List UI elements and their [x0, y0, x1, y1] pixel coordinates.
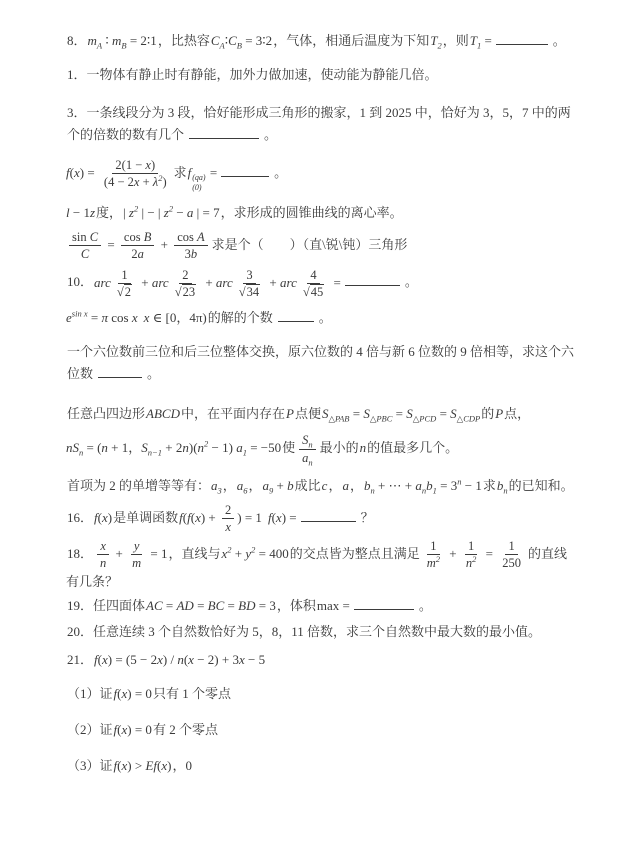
subscript: n−1 [148, 448, 162, 458]
math-run: ) [151, 158, 155, 172]
math-run: Ef [145, 758, 157, 773]
math-run: = [330, 274, 341, 289]
subscript: 3 [218, 486, 222, 496]
math-run: cos [124, 230, 144, 244]
math-run: B [144, 230, 152, 244]
sup-sub-stack: (qa)(0) [192, 173, 205, 191]
math-run: = [392, 406, 406, 421]
text-run: 1．一物体有静止时有静能，加外力做加速，使动能为静能几倍。 [67, 67, 438, 82]
fraction: cos A3b [174, 230, 207, 262]
math-run: (4 − 2 [104, 175, 134, 189]
math-run: = 3∶2 [242, 33, 272, 48]
answer-blank [345, 271, 400, 286]
subscript: n [503, 486, 507, 496]
math-run: BD [238, 598, 255, 613]
superscript: sin x [72, 309, 88, 319]
math-run: + 2 [162, 440, 182, 455]
subscript: n [308, 457, 312, 467]
math-run: = 3 [437, 478, 457, 493]
math-run: cos [108, 310, 132, 325]
math-run: + [202, 274, 216, 289]
text-run: 使 [282, 440, 295, 455]
text-run: ， [223, 478, 236, 493]
problem-line: l − 1z度，| z2 | − | z2 − a | = 7，求形成的圆锥曲线… [66, 202, 577, 224]
math-run: A [197, 230, 205, 244]
math-run: x [132, 310, 138, 325]
text-run: 点便 [295, 406, 321, 421]
math-run: c [322, 478, 328, 493]
math-run: = [436, 406, 450, 421]
math-run: + [446, 546, 460, 561]
text-run: 3．一条线段分为 3 段，恰好能形成三角形的搬家，1 到 2025 中，恰好为 … [67, 105, 571, 120]
math-run: 1 [468, 539, 474, 553]
text-run: 位数 [67, 366, 93, 381]
subscript: △PAB [328, 414, 349, 424]
math-run: m [88, 33, 97, 48]
text-run: 的值最多几个。 [367, 440, 458, 455]
text-run: 8． [67, 33, 87, 48]
subscript: △PBC [370, 414, 393, 424]
text-run: ， [249, 478, 262, 493]
text-run: 个的倍数的数有几个 [67, 127, 184, 142]
problem-line: 1．一物体有静止时有静能，加外力做加速，使动能为静能几倍。 [66, 64, 577, 86]
math-run: + 1， [108, 440, 141, 455]
math-run: = [88, 310, 102, 325]
problem-line: 19．任四面体AC = AD = BC = BD = 3，体积max =。 [66, 595, 577, 617]
math-run: ∶ [102, 33, 112, 48]
math-run: = [482, 546, 496, 561]
answer-blank [496, 30, 548, 45]
text-run: 首项为 2 的单增等等有： [67, 478, 210, 493]
math-run: + ⋯ + [375, 478, 416, 493]
problem-line: sin CC = cos B2a + cos A3b求是个（ ）（直\锐\钝）三… [66, 230, 577, 262]
problem-line: nSn = (n + 1，Sn−1 + 2n)(n2 − 1) a1 = −50… [66, 433, 577, 465]
fraction: sin CC [69, 230, 101, 262]
text-run: ， [350, 478, 363, 493]
text-run: 的交点皆为整点且满足 [290, 546, 420, 561]
math-run: P [286, 406, 294, 421]
problem-line: 3．一条线段分为 3 段，恰好能形成三角形的搬家，1 到 2025 中，恰好为 … [66, 102, 577, 124]
text-run: ，直线与 [168, 546, 220, 561]
math-run: 4 [310, 268, 316, 282]
text-run: 。 [274, 165, 287, 180]
math-run: 3 [246, 268, 252, 282]
problem-line: 一个六位数前三位和后三位整体交换，原六位数的 4 倍与新 6 位数的 9 倍相等… [66, 341, 577, 363]
math-run: | = 7 [193, 205, 219, 220]
text-run: 求 [174, 165, 187, 180]
math-run: + [112, 546, 126, 561]
text-run: 成比 [295, 478, 321, 493]
problem-line: esin x = π cos xx ∈ [0，4π)的解的个数。 [66, 307, 577, 329]
math-run: 2 [182, 268, 188, 282]
math-run: − [173, 205, 187, 220]
text-run: 。 [147, 366, 160, 381]
sqrt-radical: √45 [303, 284, 324, 299]
math-run: ) = 0 [127, 686, 152, 701]
math-run: = [207, 165, 218, 180]
math-run: 250 [502, 556, 521, 570]
math-run: 1 [121, 268, 127, 282]
answer-blank [301, 507, 356, 522]
problem-line: 个的倍数的数有几个。 [66, 124, 577, 146]
problem-line: （3）证f(x) > Ef(x)，0 [66, 755, 577, 777]
sqrt-radical: √34 [239, 284, 260, 299]
math-run: y [134, 539, 140, 553]
subscript: △PCD [413, 414, 437, 424]
problem-line: 位数。 [66, 363, 577, 385]
problem-line: 20．任意连续 3 个自然数恰好为 5，8，11 倍数，求三个自然数中最大数的最… [66, 621, 577, 643]
math-run: C [228, 33, 237, 48]
math-run: = 1 [147, 546, 167, 561]
text-run: （3）证 [67, 758, 113, 773]
fraction: ym [129, 539, 144, 571]
fraction: 1n2 [463, 539, 480, 571]
text-run: 19．任四面体 [67, 598, 145, 613]
fraction: 4√45 [300, 268, 327, 300]
text-run: ，求形成的圆锥曲线的离心率。 [221, 205, 403, 220]
math-run: arc [152, 274, 169, 289]
fraction: 3√34 [236, 268, 263, 300]
math-run: T [470, 33, 477, 48]
math-run: x [225, 520, 231, 534]
text-run: 。 [419, 598, 432, 613]
math-run: + [138, 274, 152, 289]
text-run: 18． [67, 546, 93, 561]
text-run: 。 [405, 274, 418, 289]
math-run: m [427, 556, 436, 570]
problem-line: （1）证f(x) = 0只有 1 个零点 [66, 683, 577, 705]
text-run: ，0 [172, 758, 192, 773]
fraction: 1m2 [424, 539, 443, 571]
math-run: BC [208, 598, 225, 613]
text-run: 。 [553, 33, 566, 48]
math-run: n [360, 440, 367, 455]
math-run: arc [280, 274, 297, 289]
math-run: ∈ [0，4π) [149, 310, 206, 325]
text-run: 中，在平面内存在 [181, 406, 285, 421]
math-run: z [90, 205, 95, 220]
problem-line: 8．mA ∶ mB = 2∶1，比热容CA∶CB = 3∶2，气体，相通后温度为… [66, 30, 577, 52]
problem-line: 18．xn + ym = 1，直线与x2 + y2 = 400的交点皆为整点且满… [66, 539, 577, 593]
math-run: ) [108, 510, 112, 525]
document-page: 8．mA ∶ mB = 2∶1，比热容CA∶CB = 3∶2，气体，相通后温度为… [0, 0, 629, 850]
text-run: 是单调函数 [113, 510, 178, 525]
text-run: 20．任意连续 3 个自然数恰好为 5，8，11 倍数，求三个自然数中最大数的最… [67, 624, 541, 639]
text-run: 任意凸四边形 [67, 406, 145, 421]
math-run: m [132, 556, 141, 570]
math-run: + [266, 274, 280, 289]
text-run: ， [328, 478, 341, 493]
math-run: = [163, 598, 177, 613]
subscript: 6 [243, 486, 247, 496]
math-run: + [273, 478, 287, 493]
math-run: a [138, 247, 144, 261]
math-run: AC [146, 598, 163, 613]
math-run: a [342, 478, 349, 493]
text-run: 。 [264, 127, 277, 142]
answer-blank [354, 595, 414, 610]
math-run: 2 [225, 503, 231, 517]
text-run: 点， [504, 406, 530, 421]
fraction: xn [97, 539, 109, 571]
math-run: = 400 [255, 546, 288, 561]
math-run: + [157, 237, 171, 252]
text-run: 求是个（ ）（直\锐\钝）三角形 [212, 237, 408, 252]
math-run: sin [72, 230, 90, 244]
math-run: ABCD [146, 406, 180, 421]
text-run: 21． [67, 652, 93, 667]
math-run: C [81, 247, 89, 261]
text-run: ，体积 [277, 598, 316, 613]
math-run: m [112, 33, 121, 48]
text-run: ？ [361, 510, 374, 525]
text-run: 。 [319, 310, 332, 325]
math-run: ) / [163, 652, 177, 667]
fraction: 2x [222, 503, 234, 535]
math-run: nS [66, 440, 79, 455]
sqrt-radical: √2 [117, 284, 132, 299]
math-run: = −50 [247, 440, 281, 455]
text-run: 求 [483, 478, 496, 493]
text-run: 10． [67, 274, 93, 289]
math-run: = ( [83, 440, 101, 455]
fraction: cos B2a [121, 230, 154, 262]
math-run: b [287, 478, 294, 493]
math-run: = [194, 598, 208, 613]
problem-line: （2）证f(x) = 0有 2 个零点 [66, 719, 577, 741]
text-run: 只有 1 个零点 [153, 686, 231, 701]
problem-list: 8．mA ∶ mB = 2∶1，比热容CA∶CB = 3∶2，气体，相通后温度为… [66, 30, 577, 777]
answer-blank [221, 162, 269, 177]
math-run: 1 [430, 539, 436, 553]
math-run: ) + [201, 510, 219, 525]
math-run: C [211, 33, 220, 48]
math-run: ) = 1 [237, 510, 262, 525]
problem-line: 21．f(x) = (5 − 2x) / n(x − 2) + 3x − 5 [66, 649, 577, 671]
text-run: 度， [96, 205, 122, 220]
math-run: + [232, 546, 246, 561]
text-run: ，气体，相通后温度为下知 [273, 33, 429, 48]
math-run: − 1) [208, 440, 236, 455]
math-run: = 2∶1 [127, 33, 157, 48]
answer-blank [189, 124, 259, 139]
problem-line: 任意凸四边形ABCD中，在平面内存在P点便S△PAB = S△PBC = S△P… [66, 403, 577, 425]
math-run: P [495, 406, 503, 421]
text-run: 一个六位数前三位和后三位整体交换，原六位数的 4 倍与新 6 位数的 9 倍相等… [67, 344, 574, 359]
math-run: cos [177, 230, 197, 244]
subscript: n [308, 440, 312, 450]
fraction: 1√2 [114, 268, 135, 300]
math-run: ) = [80, 165, 98, 180]
math-run: n [100, 556, 106, 570]
math-run: x [100, 539, 106, 553]
math-run: 2(1 − [115, 158, 145, 172]
text-run: 的 [481, 406, 494, 421]
subscript: 2 [437, 41, 441, 51]
math-run: = [104, 237, 118, 252]
math-run: − 2) + 3 [194, 652, 239, 667]
text-run: （1）证 [67, 686, 113, 701]
problem-line: f(x) = 2(1 − x)(4 − 2x + λ2)求f(qa)(0) =。 [66, 158, 577, 192]
problem-line: 16．f(x)是单调函数f(f(x) + 2x) = 1f(x) =？ [66, 503, 577, 535]
text-run: 的解的个数 [208, 310, 273, 325]
math-run: = [224, 598, 238, 613]
math-run: 1 [508, 539, 514, 553]
math-run: ) > [127, 758, 145, 773]
fraction: 1250 [499, 539, 524, 571]
text-run: 16． [67, 510, 93, 525]
math-run: ) = 0 [127, 722, 152, 737]
problem-line: 首项为 2 的单增等等有：a3，a6，a9 + b成比c，a，bn + ⋯ + … [66, 475, 577, 497]
text-run: ，比热容 [158, 33, 210, 48]
text-run: 最小的 [320, 440, 359, 455]
math-run: + [139, 175, 152, 189]
text-run: 的已知和。 [509, 478, 574, 493]
math-run: ) [167, 758, 171, 773]
math-run: | − | [138, 205, 164, 220]
fraction: 2(1 − x)(4 − 2x + λ2) [101, 158, 170, 190]
math-run: ) [162, 175, 166, 189]
text-run: （2）证 [67, 722, 113, 737]
fraction: 2√23 [172, 268, 199, 300]
sqrt-radical: √23 [175, 284, 196, 299]
math-run: = 3 [255, 598, 275, 613]
fraction: Snan [299, 433, 316, 465]
superscript: 2 [472, 554, 476, 564]
math-run: max = [317, 598, 350, 613]
text-run: ，则 [443, 33, 469, 48]
problem-line: 10．arc1√2 + arc2√23 + arc3√34 + arc4√45 … [66, 268, 577, 300]
superscript: 2 [436, 554, 440, 564]
math-run: = [481, 33, 492, 48]
math-run: AD [176, 598, 193, 613]
math-run: = [349, 406, 363, 421]
answer-blank [278, 307, 314, 322]
text-run: 有 2 个零点 [153, 722, 218, 737]
math-run: − 5 [245, 652, 265, 667]
math-run: − 1 [461, 478, 481, 493]
math-run: f [188, 165, 192, 180]
math-run: b [191, 247, 197, 261]
math-run: − 1 [70, 205, 90, 220]
math-run: arc [216, 274, 233, 289]
math-run: C [90, 230, 98, 244]
math-run: )( [189, 440, 198, 455]
math-run: ) = (5 − 2 [108, 652, 157, 667]
subscript: △CDP [457, 414, 481, 424]
math-run: ) = [282, 510, 297, 525]
math-run: arc [94, 274, 111, 289]
answer-blank [98, 363, 142, 378]
